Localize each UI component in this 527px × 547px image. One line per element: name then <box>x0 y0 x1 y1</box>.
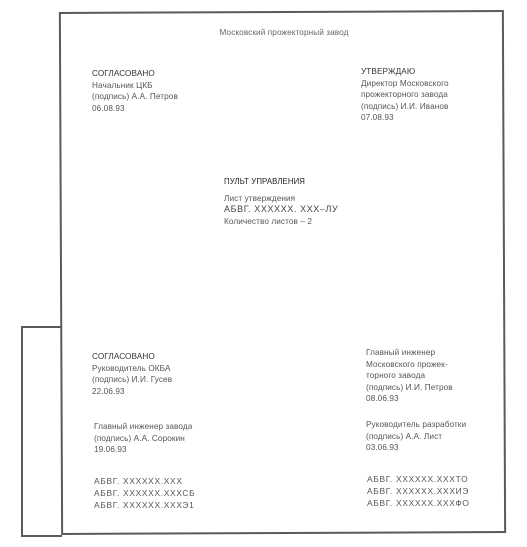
approver-position: Руководитель ОКБА <box>92 363 172 375</box>
document-title-block: ПУЛЬТ УПРАВЛЕНИЯ Лист утверждения АБВГ. … <box>224 176 338 227</box>
organization-header: Московский прожекторный завод <box>0 27 527 39</box>
approver-position-line1: Главный инженер <box>366 347 453 359</box>
approver-position: Руководитель разработки <box>366 419 466 431</box>
approver-position-line3: торного завода <box>366 370 453 382</box>
document-codes-left: АБВГ. ХХХХХХ.ХХХ АБВГ. ХХХХХХ.ХХХСБ АБВГ… <box>94 475 195 511</box>
approver-signature: (подпись) А.А. Петров <box>92 91 178 103</box>
approver-signature: (подпись) А.А. Лист <box>366 431 466 443</box>
approver-signature: (подпись) И.И. Петров <box>366 382 453 394</box>
approver-signature: (подпись) И.И. Гусев <box>92 374 172 386</box>
approval-heading: СОГЛАСОВАНО <box>92 68 178 80</box>
document-code-item: АБВГ. ХХХХХХ.ХХХФО <box>367 497 470 509</box>
approval-heading: УТВЕРЖДАЮ <box>361 66 449 78</box>
approver-position-line2: Московского прожек- <box>366 359 453 371</box>
document-code-item: АБВГ. ХХХХХХ.ХХХ <box>94 475 195 487</box>
document-code-item: АБВГ. ХХХХХХ.ХХХСБ <box>94 487 195 499</box>
approval-block-ckb: СОГЛАСОВАНО Начальник ЦКБ (подпись) А.А.… <box>92 68 178 114</box>
approval-heading: СОГЛАСОВАНО <box>92 351 172 363</box>
document-code-item: АБВГ. ХХХХХХ.ХХХТО <box>367 473 470 485</box>
approval-date: 08.06.93 <box>366 393 453 405</box>
approval-date: 06.08.93 <box>92 103 178 115</box>
approver-position: Главный инженер завода <box>94 421 192 433</box>
approver-position-line2: прожекторного завода <box>361 89 449 101</box>
document-code-item: АБВГ. ХХХХХХ.ХХХЭ1 <box>94 499 195 511</box>
approval-date: 07.08.93 <box>361 112 449 124</box>
document-code-item: АБВГ. ХХХХХХ.ХХХИЭ <box>367 485 470 497</box>
sheet-count: Количество листов – 2 <box>224 216 338 228</box>
sheet-type: Лист утверждения <box>224 193 338 205</box>
approval-block-chief-engineer-moscow: Главный инженер Московского прожек- торн… <box>366 347 453 405</box>
approval-date: 19.06.93 <box>94 444 192 456</box>
approval-block-okba: СОГЛАСОВАНО Руководитель ОКБА (подпись) … <box>92 351 172 397</box>
document-title: ПУЛЬТ УПРАВЛЕНИЯ <box>224 176 338 188</box>
approver-signature: (подпись) А.А. Сорокин <box>94 433 192 445</box>
approval-block-chief-engineer-plant: Главный инженер завода (подпись) А.А. Со… <box>94 421 192 456</box>
approval-date: 03.06.93 <box>366 442 466 454</box>
approver-signature: (подпись) И.И. Иванов <box>361 101 449 113</box>
approver-position-line1: Директор Московского <box>361 78 449 90</box>
approval-date: 22.06.93 <box>92 386 172 398</box>
approval-block-development-head: Руководитель разработки (подпись) А.А. Л… <box>366 419 466 454</box>
approval-block-director: УТВЕРЖДАЮ Директор Московского прожектор… <box>361 66 449 124</box>
document-codes-right: АБВГ. ХХХХХХ.ХХХТО АБВГ. ХХХХХХ.ХХХИЭ АБ… <box>367 473 470 509</box>
document-code: АБВГ. ХХХХХХ. ХХХ–ЛУ <box>224 204 338 216</box>
approver-position: Начальник ЦКБ <box>92 80 178 92</box>
binding-strip-frame <box>21 326 62 537</box>
